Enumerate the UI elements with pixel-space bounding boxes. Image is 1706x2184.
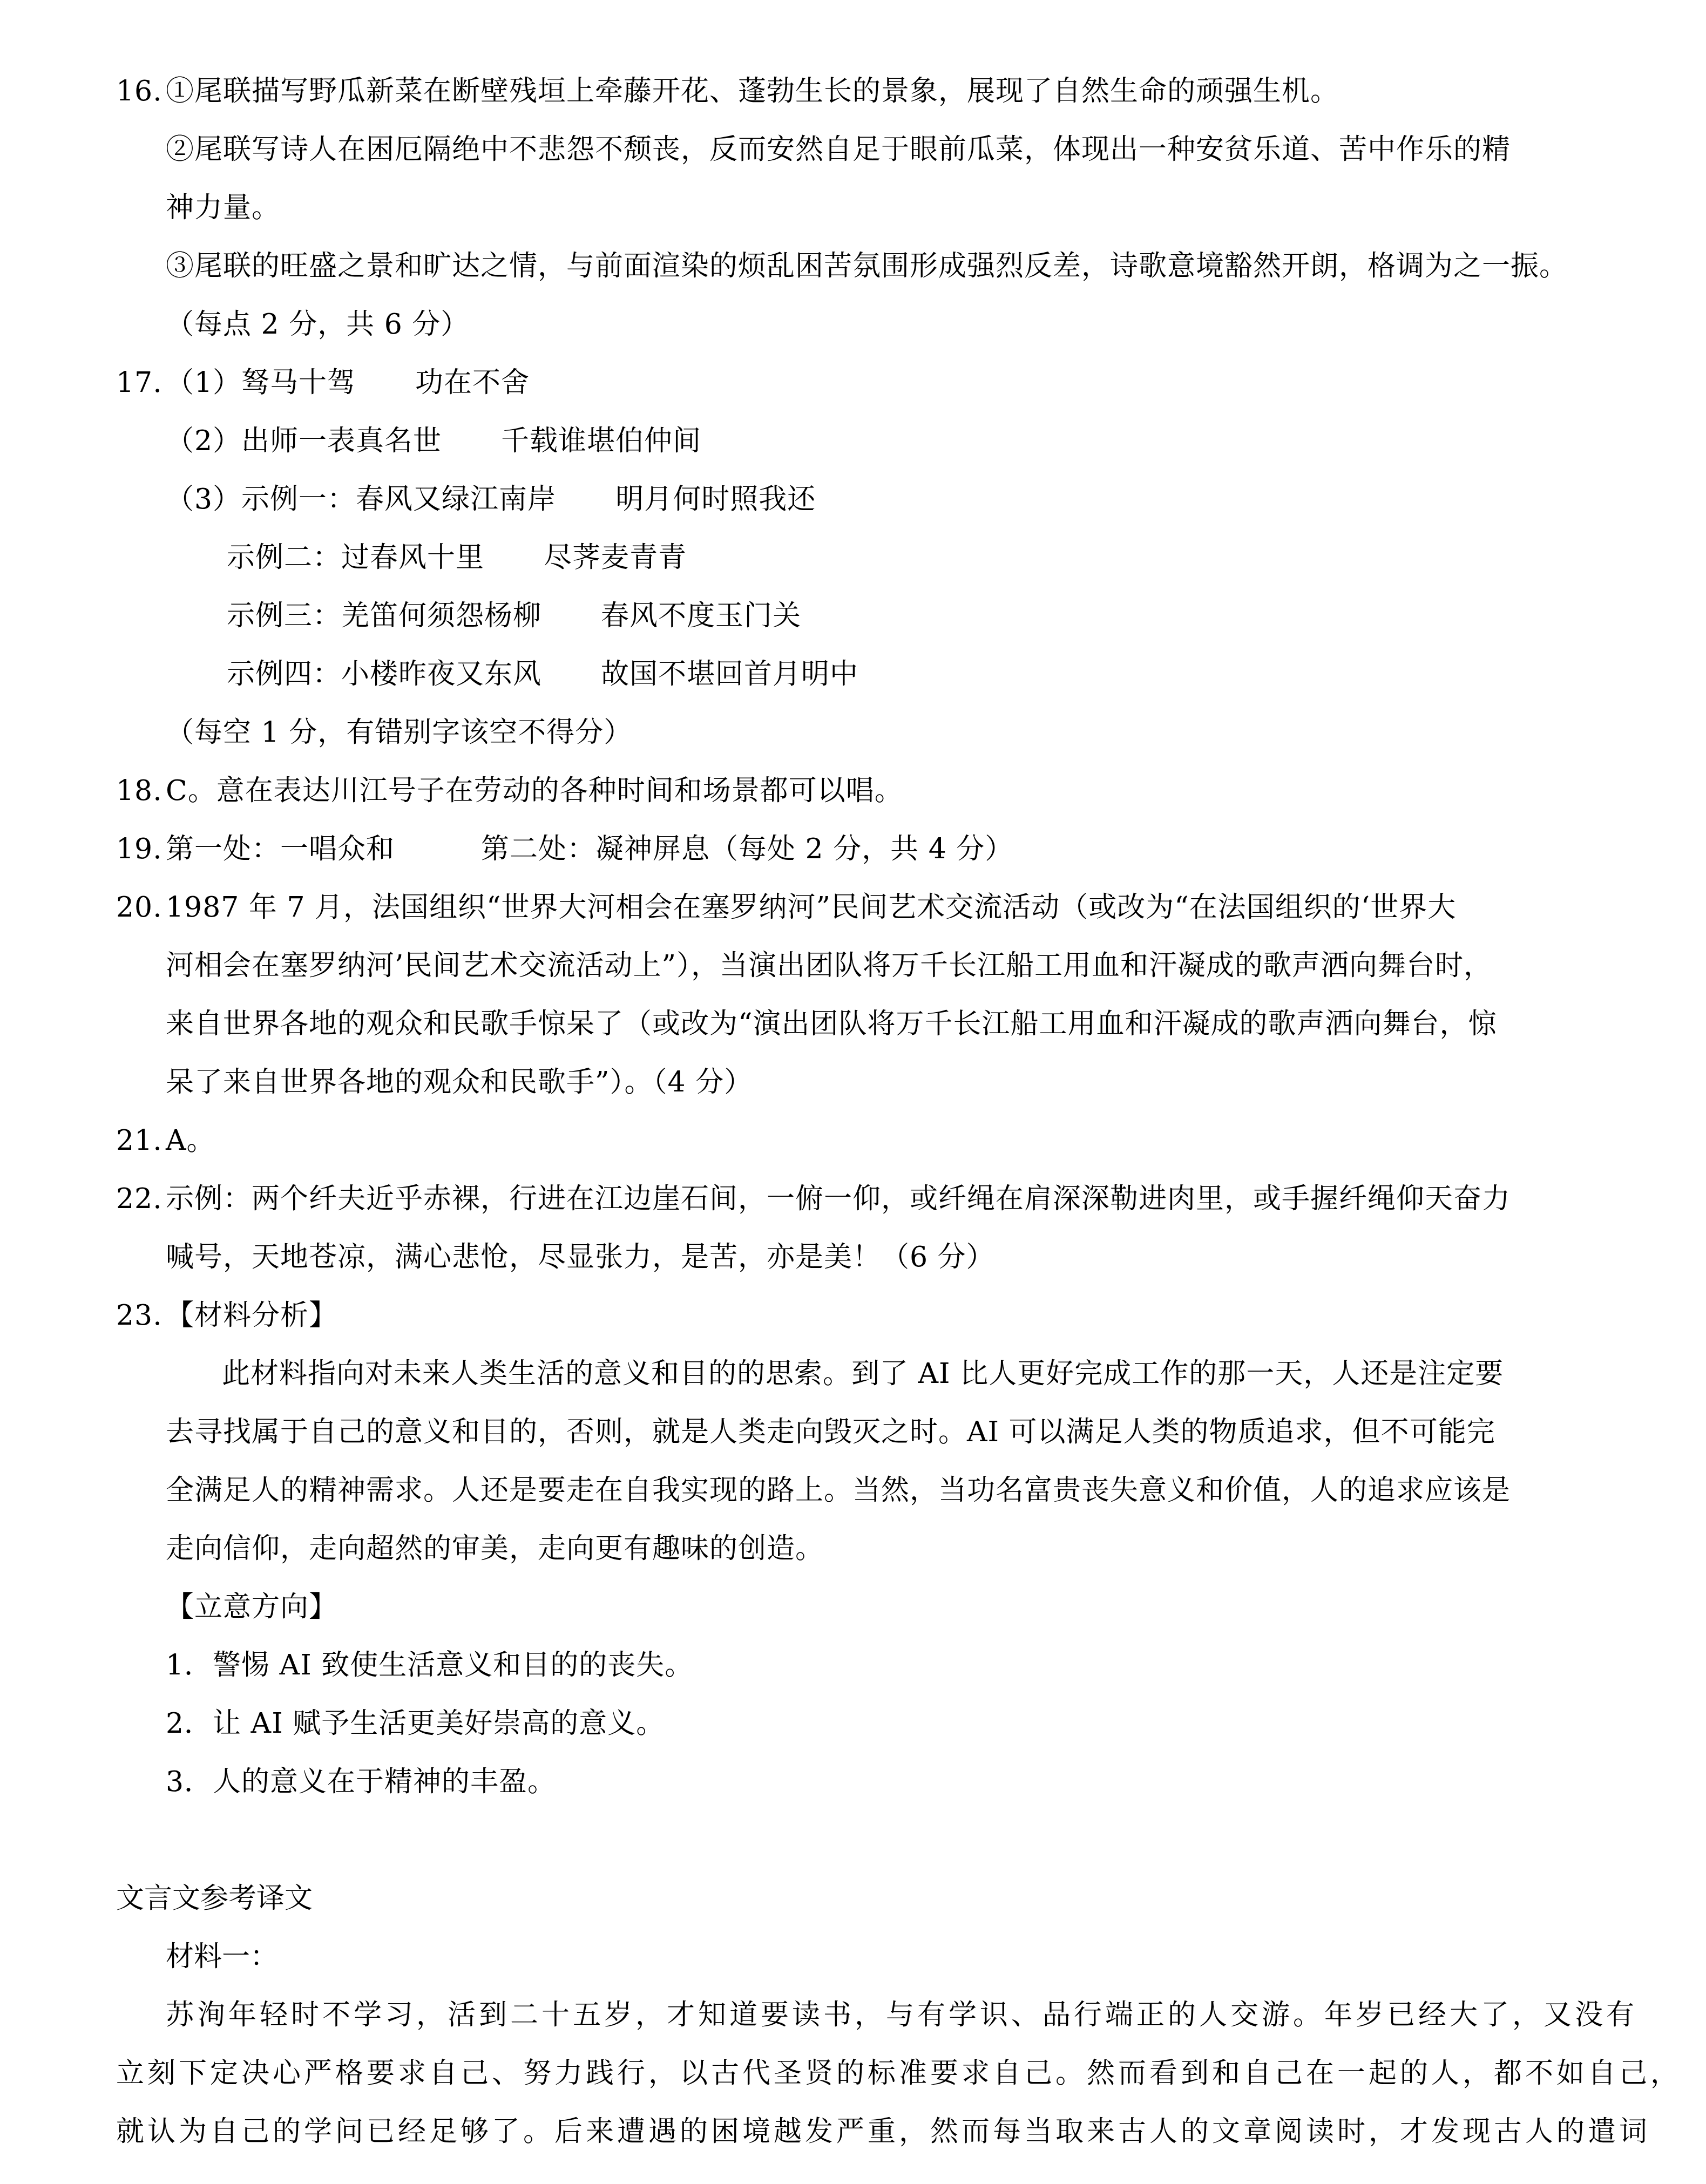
question-16: 16.①尾联描写野瓜新菜在断壁残垣上牵藤开花、蓬勃生长的景象，展现了自然生命的顽…	[116, 62, 1595, 354]
q17-answer-b: 千载谁堪伯仲间	[501, 425, 701, 457]
q23-header: 23.【材料分析】	[116, 1286, 1595, 1345]
q17-example-2: 示例二：过春风十里尽荠麦青青	[116, 528, 1595, 587]
example-b: 尽荠麦青青	[544, 541, 687, 574]
question-19: 19.第一处：一唱众和第二处：凝神屏息（每处 2 分，共 4 分）	[116, 820, 1595, 878]
question-number: 17.	[116, 354, 166, 412]
q17-example-4: 示例四：小楼昨夜又东风故国不堪回首月明中	[116, 645, 1595, 703]
analysis-line-3: 全满足人的精神需求。人还是要走在自我实现的路上。当然，当功名富贵丧失意义和价值，…	[116, 1461, 1595, 1520]
q18-answer: C。意在表达川江号子在劳动的各种时间和场景都可以唱。	[166, 775, 903, 807]
example-a: 春风又绿江南岸	[356, 483, 556, 516]
question-number: 18.	[116, 762, 166, 820]
example-a: 过春风十里	[341, 541, 484, 574]
q16-point-1: ①尾联描写野瓜新菜在断壁残垣上牵藤开花、蓬勃生长的景象，展现了自然生命的顽强生机…	[166, 75, 1339, 107]
question-number: 19.	[116, 820, 166, 878]
example-b: 明月何时照我还	[615, 483, 816, 516]
direction-title: 【立意方向】	[116, 1578, 1595, 1636]
example-b: 故国不堪回首月明中	[601, 658, 858, 690]
example-label: 示例二：	[227, 541, 341, 574]
example-label: 示例三：	[227, 600, 341, 632]
direction-3: 3．人的意义在于精神的丰盈。	[116, 1753, 1595, 1811]
question-number: 20.	[116, 878, 166, 937]
analysis-line-1: 此材料指向对未来人类生活的意义和目的的思索。到了 AI 比人更好完成工作的那一天…	[116, 1345, 1595, 1403]
q19-second: 第二处：凝神屏息（每处 2 分，共 4 分）	[481, 833, 1013, 865]
q17-example-1: （3）示例一：春风又绿江南岸明月何时照我还	[116, 470, 1595, 528]
translation-line-2: 立刻下定决心严格要求自己、努力践行，以古代圣贤的标准要求自己。然而看到和自己在一…	[116, 2044, 1595, 2102]
analysis-line-2: 去寻找属于自己的意义和目的，否则，就是人类走向毁灭之时。AI 可以满足人类的物质…	[116, 1403, 1595, 1461]
q20-line-4: 呆了来自世界各地的观众和民歌手”）。（4 分）	[116, 1053, 1595, 1111]
q22-line-1: 22.示例：两个纤夫近乎赤裸，行进在江边崖石间，一俯一仰，或纤绳在肩深深勒进肉里…	[116, 1170, 1595, 1228]
example-a: 小楼昨夜又东风	[341, 658, 541, 690]
analysis-line-4: 走向信仰，走向超然的审美，走向更有趣味的创造。	[116, 1520, 1595, 1578]
q17-answer-b: 功在不舍	[415, 367, 530, 399]
question-number: 23.	[116, 1286, 166, 1345]
q16-point-2: ②尾联写诗人在困厄隔绝中不悲怨不颓丧，反而安然自足于眼前瓜菜，体现出一种安贫乐道…	[116, 120, 1595, 179]
question-23: 23.【材料分析】 此材料指向对未来人类生活的意义和目的的思索。到了 AI 比人…	[116, 1286, 1595, 1811]
question-21: 21.A。	[116, 1111, 1595, 1170]
direction-2: 2．让 AI 赋予生活更美好崇高的意义。	[116, 1694, 1595, 1753]
q17-item-2: （2）出师一表真名世千载谁堪伯仲间	[116, 412, 1595, 470]
material-label: 材料一：	[116, 1928, 1595, 1986]
q19-first: 第一处：一唱众和	[166, 833, 395, 865]
q20-text: 1987 年 7 月，法国组织“世界大河相会在塞罗纳河”民间艺术交流活动（或改为…	[166, 891, 1456, 924]
q16-point-1-line: 16.①尾联描写野瓜新菜在断壁残垣上牵藤开花、蓬勃生长的景象，展现了自然生命的顽…	[116, 62, 1595, 120]
example-label: 示例四：	[227, 658, 341, 690]
q20-line-2: 河相会在塞罗纳河’民间艺术交流活动上”），当演出团队将万千长江船工用血和汗凝成的…	[116, 937, 1595, 995]
q16-point-3: ③尾联的旺盛之景和旷达之情，与前面渲染的烦乱困苦氛围形成强烈反差，诗歌意境豁然开…	[116, 237, 1595, 295]
q17-scoring: （每空 1 分，有错别字该空不得分）	[116, 703, 1595, 762]
q20-line-3: 来自世界各地的观众和民歌手惊呆了（或改为“演出团队将万千长江船工用血和汗凝成的歌…	[116, 995, 1595, 1053]
q17-item-label: （2）	[166, 425, 241, 457]
q22-text: 示例：两个纤夫近乎赤裸，行进在江边崖石间，一俯一仰，或纤绳在肩深深勒进肉里，或手…	[166, 1183, 1511, 1215]
answer-document: 16.①尾联描写野瓜新菜在断壁残垣上牵藤开花、蓬勃生长的景象，展现了自然生命的顽…	[116, 62, 1595, 2161]
question-number: 16.	[116, 62, 166, 120]
example-a: 羌笛何须怨杨柳	[341, 600, 541, 632]
q17-answer-a: 出师一表真名世	[241, 425, 442, 457]
question-20: 20.1987 年 7 月，法国组织“世界大河相会在塞罗纳河”民间艺术交流活动（…	[116, 878, 1595, 1111]
q17-example-3: 示例三：羌笛何须怨杨柳春风不度玉门关	[116, 587, 1595, 645]
q17-item-1: 17.（1）驽马十驾功在不舍	[116, 354, 1595, 412]
q17-item-label: （3）	[166, 483, 241, 516]
q20-line-1: 20.1987 年 7 月，法国组织“世界大河相会在塞罗纳河”民间艺术交流活动（…	[116, 878, 1595, 937]
translation-line-1: 苏洵年轻时不学习，活到二十五岁，才知道要读书，与有学识、品行端正的人交游。年岁已…	[116, 1986, 1595, 2044]
q16-scoring: （每点 2 分，共 6 分）	[116, 295, 1595, 354]
q16-point-2-cont: 神力量。	[116, 179, 1595, 237]
question-number: 21.	[116, 1111, 166, 1170]
question-22: 22.示例：两个纤夫近乎赤裸，行进在江边崖石间，一俯一仰，或纤绳在肩深深勒进肉里…	[116, 1170, 1595, 1286]
example-label: 示例一：	[241, 483, 356, 516]
analysis-title: 【材料分析】	[166, 1299, 337, 1332]
example-b: 春风不度玉门关	[601, 600, 801, 632]
direction-1: 1．警惕 AI 致使生活意义和目的的丧失。	[116, 1636, 1595, 1694]
translation-section: 文言文参考译文 材料一： 苏洵年轻时不学习，活到二十五岁，才知道要读书，与有学识…	[116, 1869, 1595, 2161]
question-number: 22.	[116, 1170, 166, 1228]
q21-answer: A。	[166, 1124, 215, 1157]
translation-title: 文言文参考译文	[116, 1869, 1595, 1928]
translation-line-3: 就认为自己的学问已经足够了。后来遭遇的困境越发严重，然而每当取来古人的文章阅读时…	[116, 2102, 1595, 2161]
q17-item-label: （1）	[166, 367, 241, 399]
q17-answer-a: 驽马十驾	[241, 367, 356, 399]
q22-line-2: 喊号，天地苍凉，满心悲怆，尽显张力，是苦，亦是美！（6 分）	[116, 1228, 1595, 1286]
question-17: 17.（1）驽马十驾功在不舍 （2）出师一表真名世千载谁堪伯仲间 （3）示例一：…	[116, 354, 1595, 762]
question-18: 18.C。意在表达川江号子在劳动的各种时间和场景都可以唱。	[116, 762, 1595, 820]
section-spacer	[116, 1811, 1595, 1869]
